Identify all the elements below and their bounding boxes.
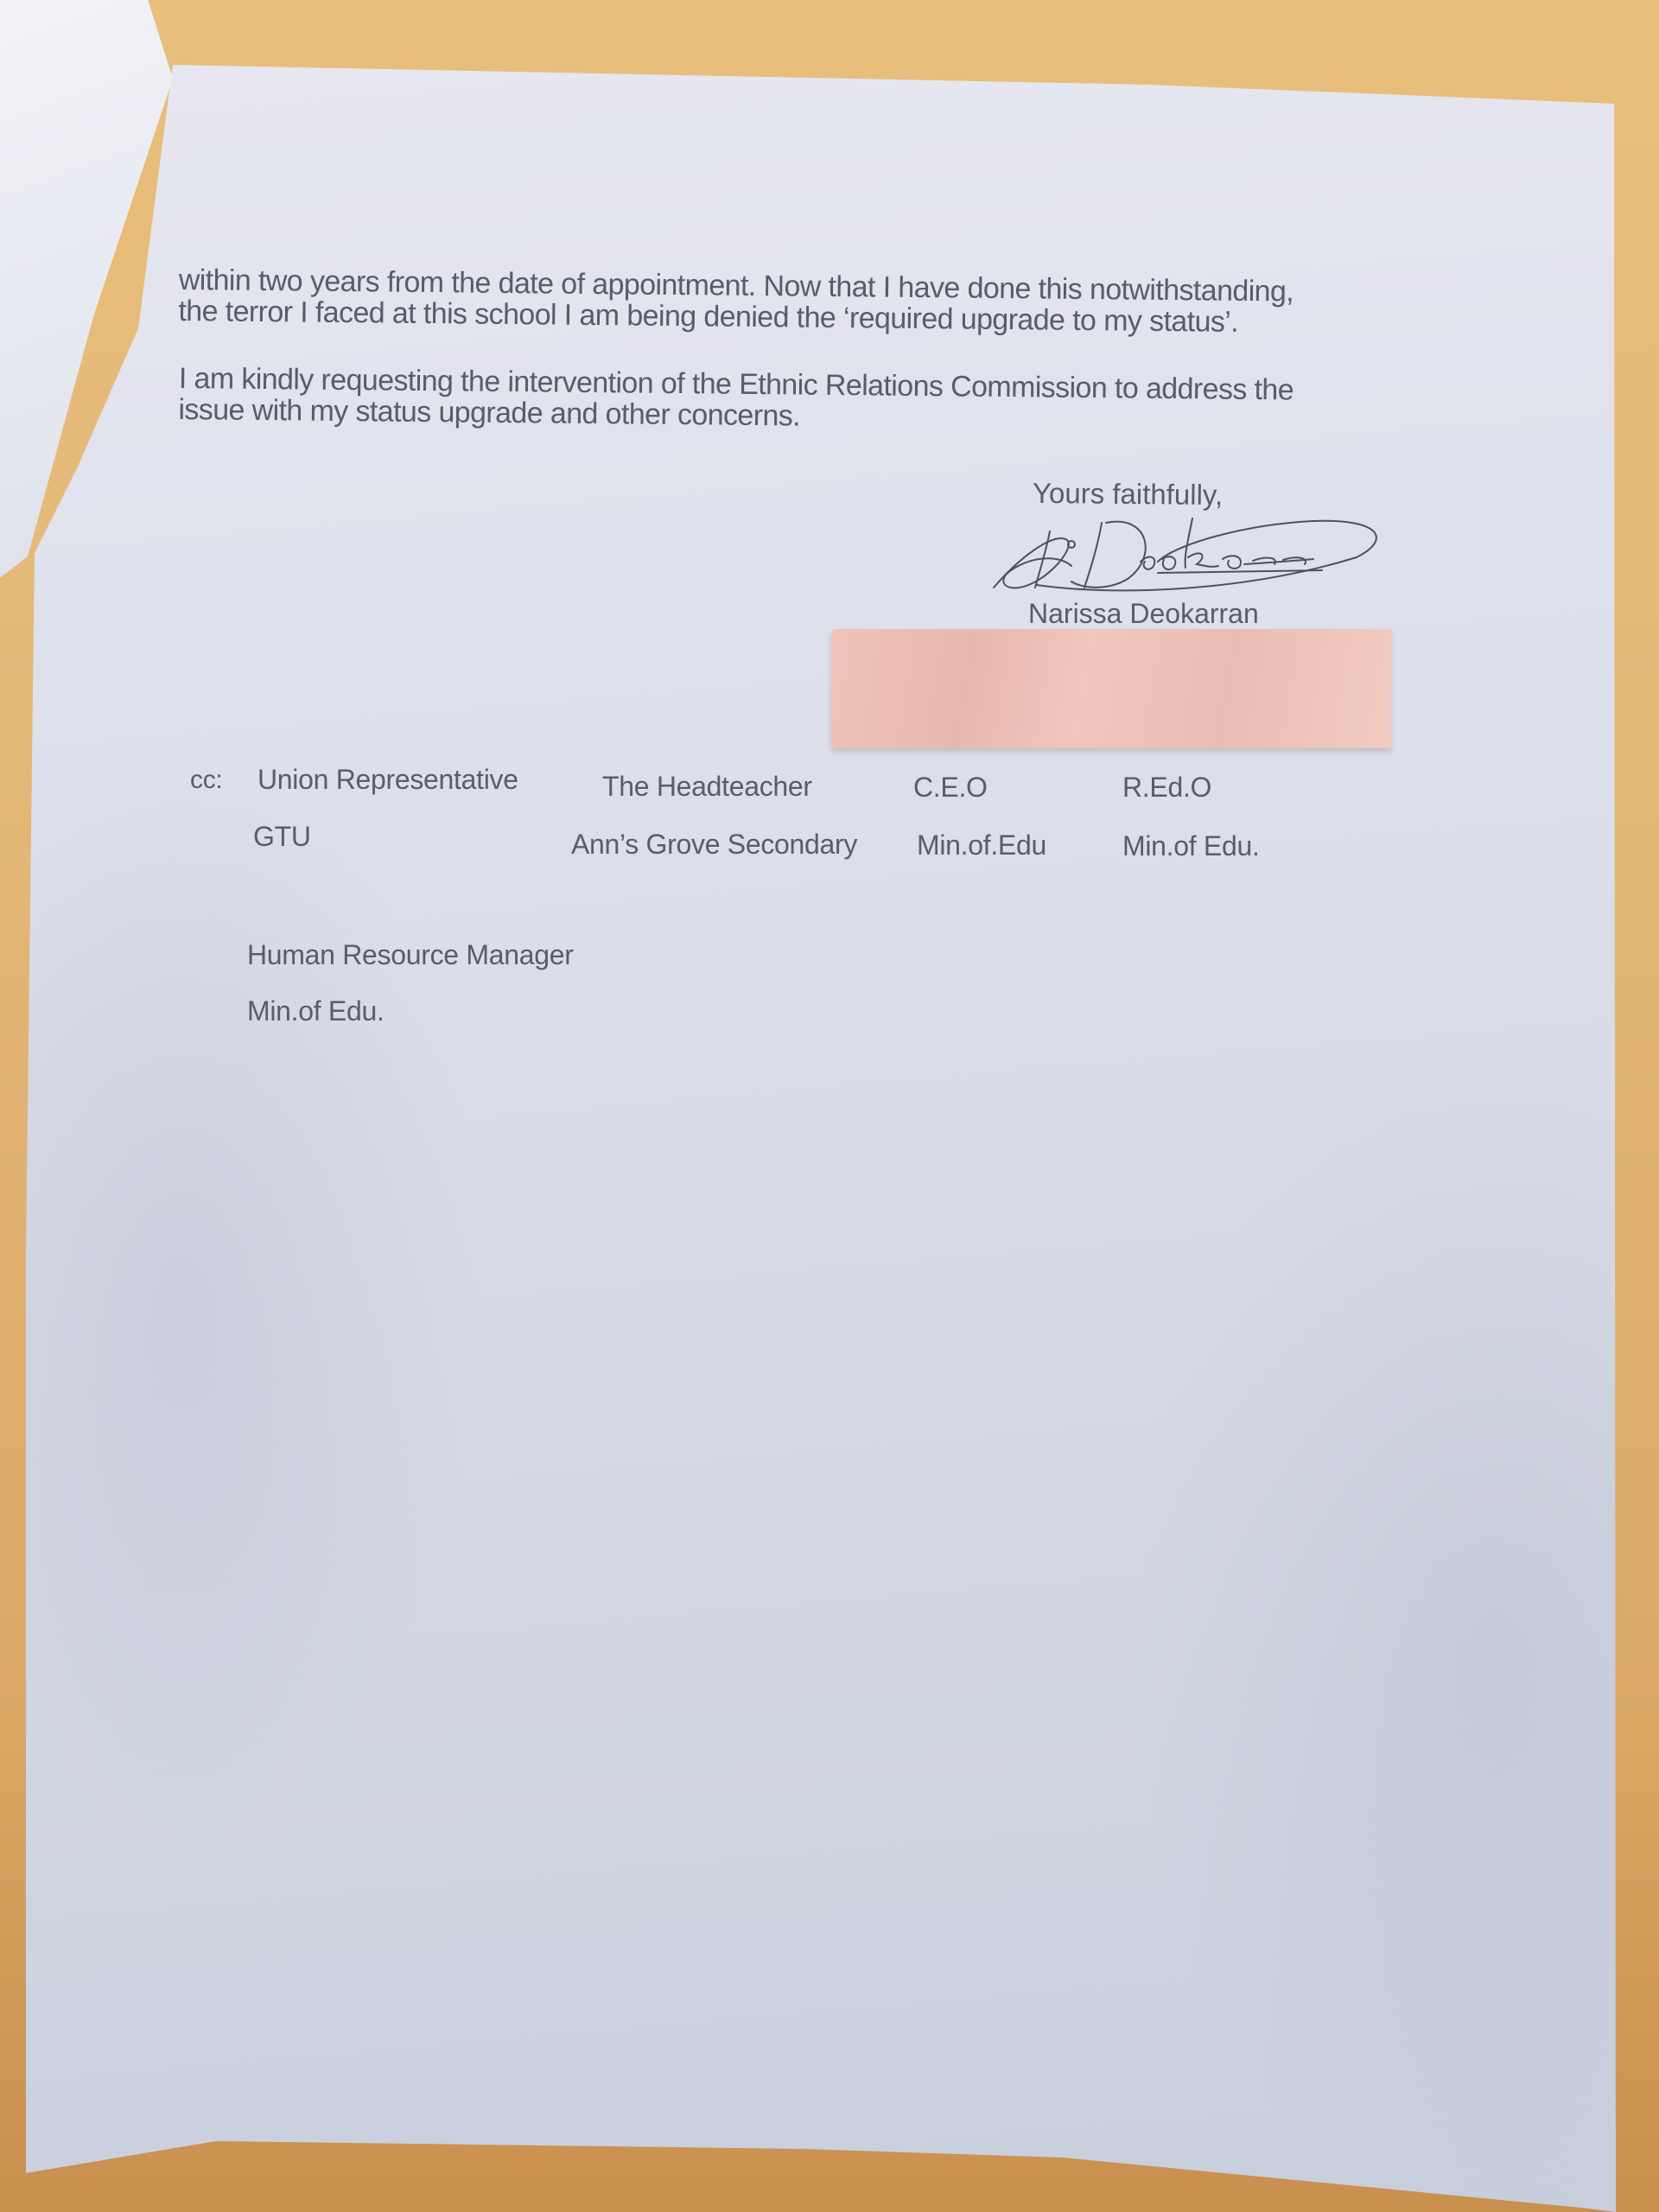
cc-recipient-title: C.E.O xyxy=(913,772,988,804)
paragraph-request: I am kindly requesting the intervention … xyxy=(178,363,1294,437)
cc-recipient-title: Human Resource Manager xyxy=(247,939,574,971)
cc-recipient-organization: Ann’s Grove Secondary xyxy=(571,829,857,861)
cc-label: cc: xyxy=(190,766,222,795)
cc-recipient-title: The Headteacher xyxy=(602,771,812,803)
signatory-name: Narissa Deokarran xyxy=(1028,598,1259,630)
cc-recipient-organization: Min.of Edu. xyxy=(247,995,385,1027)
paragraph-status-upgrade: within two years from the date of appoin… xyxy=(178,264,1294,339)
cc-recipient-organization: Min.of.Edu xyxy=(917,829,1046,861)
redaction-sticky-note xyxy=(831,629,1391,748)
handwritten-signature xyxy=(985,505,1400,601)
cc-recipient-organization: GTU xyxy=(253,821,311,853)
cc-recipient-organization: Min.of Edu. xyxy=(1122,830,1260,862)
cc-recipient-title: Union Representative xyxy=(257,764,518,796)
cc-recipient-title: R.Ed.O xyxy=(1122,772,1211,804)
